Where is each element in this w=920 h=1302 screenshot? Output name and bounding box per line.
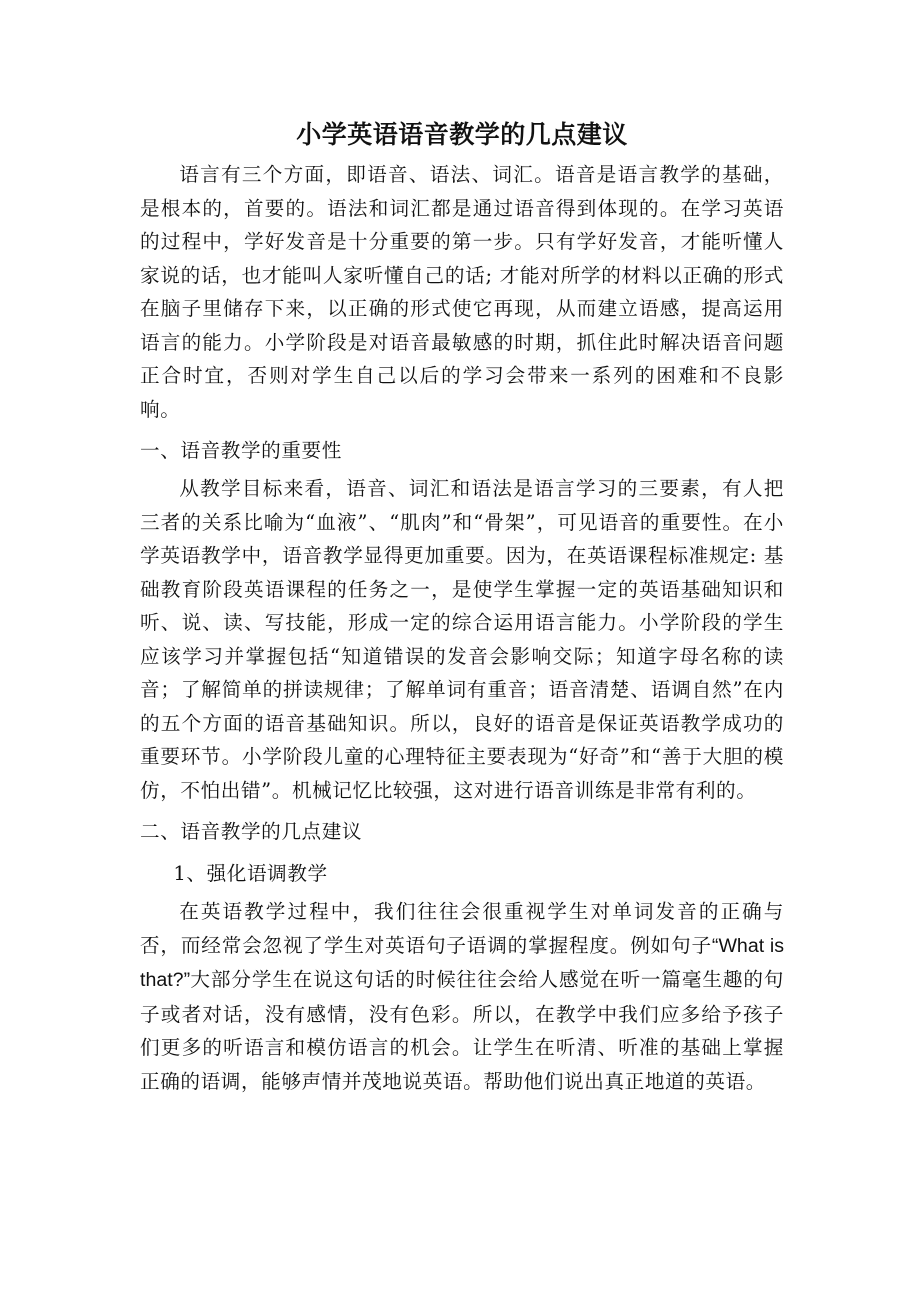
intonation-paragraph-text-1: 在英语教学过程中，我们往往会很重视学生对单词发音的正确与否，而经常会忽视了学生对… [140,900,784,957]
intro-paragraph: 语言有三个方面，即语音、语法、词汇。语音是语言教学的基础，是根本的，首要的。语法… [140,158,784,426]
subsection-heading-intonation: 1、强化语调教学 [140,853,784,895]
section-heading-suggestions: 二、语音教学的几点建议 [140,811,784,853]
intonation-paragraph-text-2: 大部分学生在说这句话的时候往往会给人感觉在听一篇毫生趣的句子或者对话，没有感情，… [140,968,784,1093]
section-heading-importance: 一、语音教学的重要性 [140,430,784,472]
document-page: 小学英语语音教学的几点建议 语言有三个方面，即语音、语法、词汇。语音是语言教学的… [140,112,784,1098]
document-title: 小学英语语音教学的几点建议 [140,112,784,158]
importance-paragraph: 从教学目标来看，语音、词汇和语法是语言学习的三要素，有人把三者的关系比喻为“血液… [140,472,784,807]
intonation-paragraph: 在英语教学过程中，我们往往会很重视学生对单词发音的正确与否，而经常会忽视了学生对… [140,895,784,1098]
